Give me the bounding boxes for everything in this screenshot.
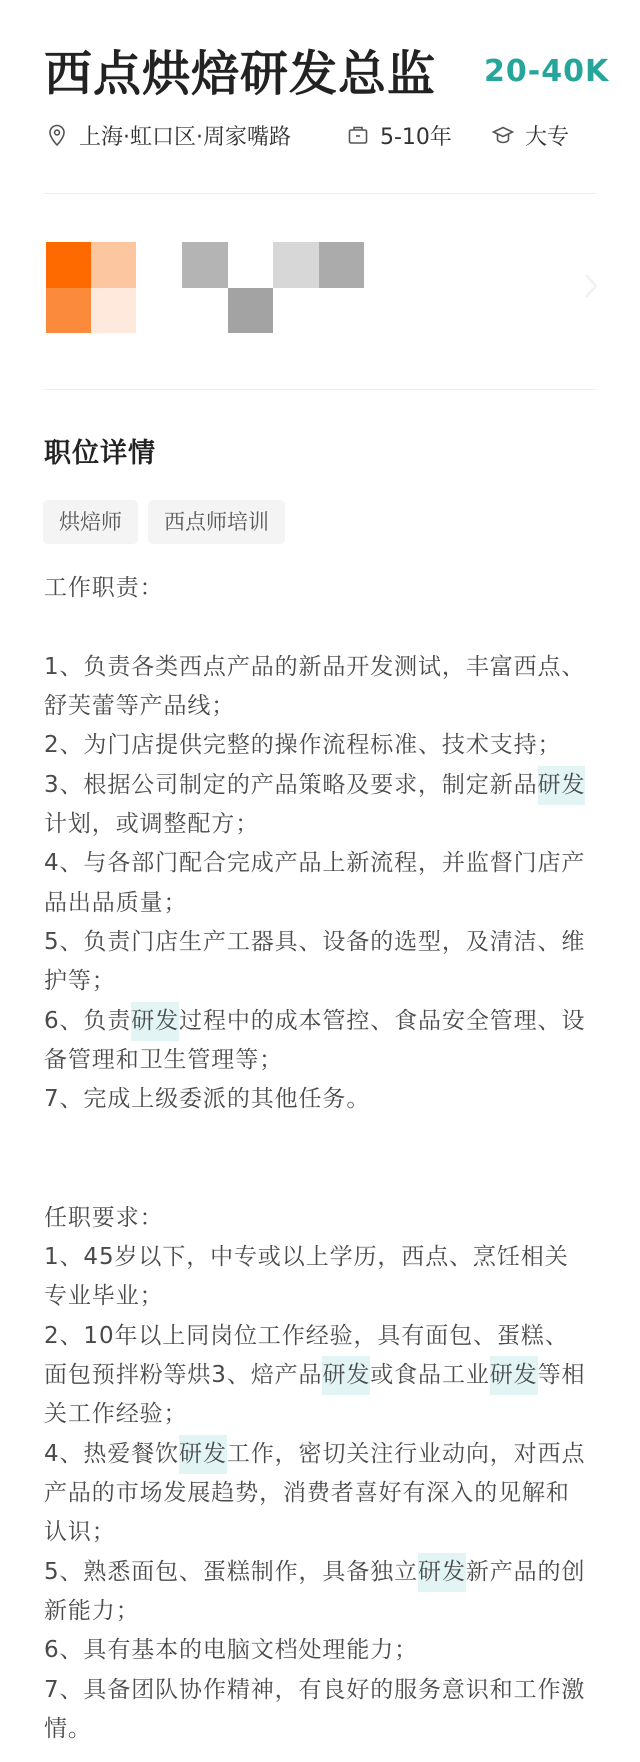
salary-range: 20-40K [484,52,609,92]
description-line: 计划，或调整配方； [44,805,604,844]
description-line: 专业毕业； [44,1277,604,1316]
description-line: 任职要求： [44,1199,604,1238]
description-line: 备管理和卫生管理等； [44,1041,604,1080]
description-line: 护等； [44,962,604,1001]
keyword-highlight[interactable]: 研发 [490,1356,538,1395]
description-text: 6、负责 [44,1008,131,1034]
description-line: 3、根据公司制定的产品策略及要求，制定新品研发 [44,766,604,805]
description-line: 2、为门店提供完整的操作流程标准、技术支持； [44,726,604,765]
name-pixel [228,242,274,288]
description-text: 备管理和卫生管理等； [44,1047,283,1073]
description-text: 认识； [44,1519,116,1545]
description-line: 认识； [44,1513,604,1552]
tag[interactable]: 烘焙师 [43,500,138,544]
divider [44,389,596,390]
description-text: 产品的市场发展趋势，消费者喜好有深入的见解和 [44,1480,570,1506]
description-line: 品出品质量； [44,884,604,923]
description-text: 6、具有基本的电脑文档处理能力； [44,1637,418,1663]
description-line: 2、10年以上同岗位工作经验，具有面包、蛋糕、 [44,1317,604,1356]
description-line: 7、完成上级委派的其他任务。 [44,1080,604,1119]
description-text: 4、热爱餐饮 [44,1441,179,1467]
description-text: 工作职责： [44,575,164,601]
description-text: 1、负责各类西点产品的新品开发测试，丰富西点、 [44,654,585,680]
description-text: 7、完成上级委派的其他任务。 [44,1086,370,1112]
description-line: 面包预拌粉等烘3、焙产品研发或食品工业研发等相 [44,1356,604,1395]
experience-text: 5-10年 [380,120,452,151]
logo-pixel [46,288,91,333]
description-line [44,1120,604,1159]
name-pixel [319,288,365,333]
name-pixel [273,242,319,288]
description-line [44,608,604,647]
description-text: 护等； [44,968,116,994]
description-line: 6、具有基本的电脑文档处理能力； [44,1631,604,1670]
name-pixel [182,288,228,333]
description-text: 2、为门店提供完整的操作流程标准、技术支持； [44,732,561,758]
name-pixel [182,242,228,288]
keyword-highlight[interactable]: 研发 [538,766,586,805]
description-text: 工作，密切关注行业动向，对西点 [227,1441,586,1467]
job-education: 大专 [491,120,569,150]
description-line: 6、负责研发过程中的成本管控、食品安全管理、设 [44,1002,604,1041]
name-pixel [228,288,274,333]
education-text: 大专 [525,120,569,151]
company-name-pixelated[interactable] [182,242,364,333]
description-text: 关工作经验； [44,1401,187,1427]
description-line: 新能力； [44,1592,604,1631]
description-text: 情。 [44,1716,92,1742]
logo-pixel [91,288,136,333]
briefcase-icon [346,123,370,147]
divider [44,193,596,194]
description-text: 面包预拌粉等烘3、焙产品 [44,1362,322,1388]
description-line: 情。 [44,1710,604,1749]
description-text: 专业毕业； [44,1283,164,1309]
description-text: 新能力； [44,1598,140,1624]
job-location[interactable]: 上海·虹口区·周家嘴路 [45,120,291,150]
description-line [44,1159,604,1198]
description-text: 4、与各部门配合完成产品上新流程，并监督门店产 [44,850,585,876]
description-text: 或食品工业 [370,1362,490,1388]
description-line: 1、45岁以下，中专或以上学历，西点、烹饪相关 [44,1238,604,1277]
description-line: 产品的市场发展趋势，消费者喜好有深入的见解和 [44,1474,604,1513]
description-text: 等相 [538,1362,586,1388]
description-text: 1、45岁以下，中专或以上学历，西点、烹饪相关 [44,1244,569,1270]
keyword-highlight[interactable]: 研发 [131,1002,179,1041]
company-logo[interactable] [46,242,136,333]
description-line: 7、具备团队协作精神，有良好的服务意识和工作激 [44,1671,604,1710]
description-text: 品出品质量； [44,890,187,916]
description-text: 过程中的成本管控、食品安全管理、设 [179,1008,585,1034]
keyword-highlight[interactable]: 研发 [179,1435,227,1474]
name-pixel [319,242,365,288]
job-experience: 5-10年 [346,120,452,150]
description-line: 工作职责： [44,569,604,608]
job-description: 工作职责：1、负责各类西点产品的新品开发测试，丰富西点、舒芙蕾等产品线；2、为门… [44,569,604,1749]
description-text: 5、负责门店生产工器具、设备的选型，及清洁、维 [44,929,585,955]
description-text: 3、根据公司制定的产品策略及要求，制定新品 [44,772,538,798]
description-line: 4、热爱餐饮研发工作，密切关注行业动向，对西点 [44,1435,604,1474]
description-text: 7、具备团队协作精神，有良好的服务意识和工作激 [44,1677,585,1703]
description-line: 舒芙蕾等产品线； [44,687,604,726]
name-pixel [273,288,319,333]
description-line: 关工作经验； [44,1395,604,1434]
description-line: 4、与各部门配合完成产品上新流程，并监督门店产 [44,844,604,883]
description-text: 新产品的创 [466,1559,586,1585]
skill-tags: 烘焙师 西点师培训 [43,500,285,544]
job-title: 西点烘焙研发总监 [44,44,436,104]
logo-pixel [91,242,136,288]
chevron-right-icon[interactable] [583,272,599,300]
description-text: 舒芙蕾等产品线； [44,693,235,719]
description-line: 5、熟悉面包、蛋糕制作，具备独立研发新产品的创 [44,1553,604,1592]
keyword-highlight[interactable]: 研发 [418,1553,466,1592]
description-text: 2、10年以上同岗位工作经验，具有面包、蛋糕、 [44,1323,569,1349]
description-text: 任职要求： [44,1205,164,1231]
description-line: 1、负责各类西点产品的新品开发测试，丰富西点、 [44,648,604,687]
description-text: 5、熟悉面包、蛋糕制作，具备独立 [44,1559,418,1585]
location-pin-icon [45,123,69,147]
section-heading-job-details: 职位详情 [44,436,156,472]
keyword-highlight[interactable]: 研发 [322,1356,370,1395]
logo-pixel [46,242,91,288]
location-text: 上海·虹口区·周家嘴路 [79,120,291,151]
graduation-cap-icon [491,123,515,147]
tag[interactable]: 西点师培训 [148,500,285,544]
description-text: 计划，或调整配方； [44,811,259,837]
description-line: 5、负责门店生产工器具、设备的选型，及清洁、维 [44,923,604,962]
